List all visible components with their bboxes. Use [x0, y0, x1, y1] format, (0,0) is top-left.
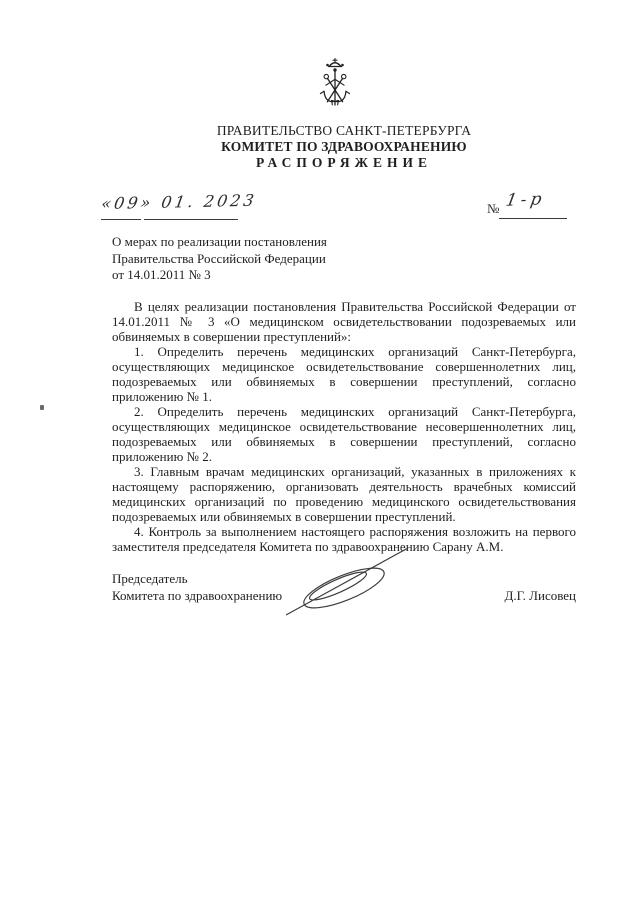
subject-line: от 14.01.2011 № 3 — [112, 267, 432, 284]
signature-block: Председатель Комитета по здравоохранению… — [112, 571, 576, 604]
body-paragraph: В целях реализации постановления Правите… — [112, 299, 576, 344]
signer-position-line1: Председатель — [112, 571, 282, 588]
body-paragraph: 3. Главным врачам медицинских организаци… — [112, 464, 576, 524]
number-sign: № — [487, 201, 499, 217]
letterhead: ПРАВИТЕЛЬСТВО САНКТ-ПЕТЕРБУРГА КОМИТЕТ П… — [112, 123, 576, 170]
coat-of-arms-icon — [314, 57, 356, 117]
committee-name: КОМИТЕТ ПО ЗДРАВООХРАНЕНИЮ — [112, 139, 576, 154]
handwritten-date: «09» 01. 2023 — [100, 191, 258, 213]
body-paragraph: 2. Определить перечень медицинских орган… — [112, 404, 576, 464]
signer-name: Д.Г. Лисовец — [505, 588, 577, 605]
document-body: В целях реализации постановления Правите… — [112, 299, 576, 554]
subject-line: Правительства Российской Федерации — [112, 251, 432, 268]
document-page: ПРАВИТЕЛЬСТВО САНКТ-ПЕТЕРБУРГА КОМИТЕТ П… — [0, 0, 640, 905]
date-underline — [144, 219, 238, 220]
scan-artifact — [40, 405, 44, 410]
number-underline — [499, 218, 567, 219]
signer-position-line2: Комитета по здравоохранению — [112, 588, 282, 605]
signer-position: Председатель Комитета по здравоохранению — [112, 571, 282, 604]
date-underline — [101, 219, 141, 220]
subject-line: О мерах по реализации постановления — [112, 234, 432, 251]
government-name: ПРАВИТЕЛЬСТВО САНКТ-ПЕТЕРБУРГА — [112, 123, 576, 138]
body-paragraph: 1. Определить перечень медицинских орган… — [112, 344, 576, 404]
document-subject: О мерах по реализации постановленияПрави… — [112, 234, 432, 284]
document-type-title: РАСПОРЯЖЕНИЕ — [112, 155, 576, 170]
handwritten-number: 1-р — [504, 189, 547, 211]
